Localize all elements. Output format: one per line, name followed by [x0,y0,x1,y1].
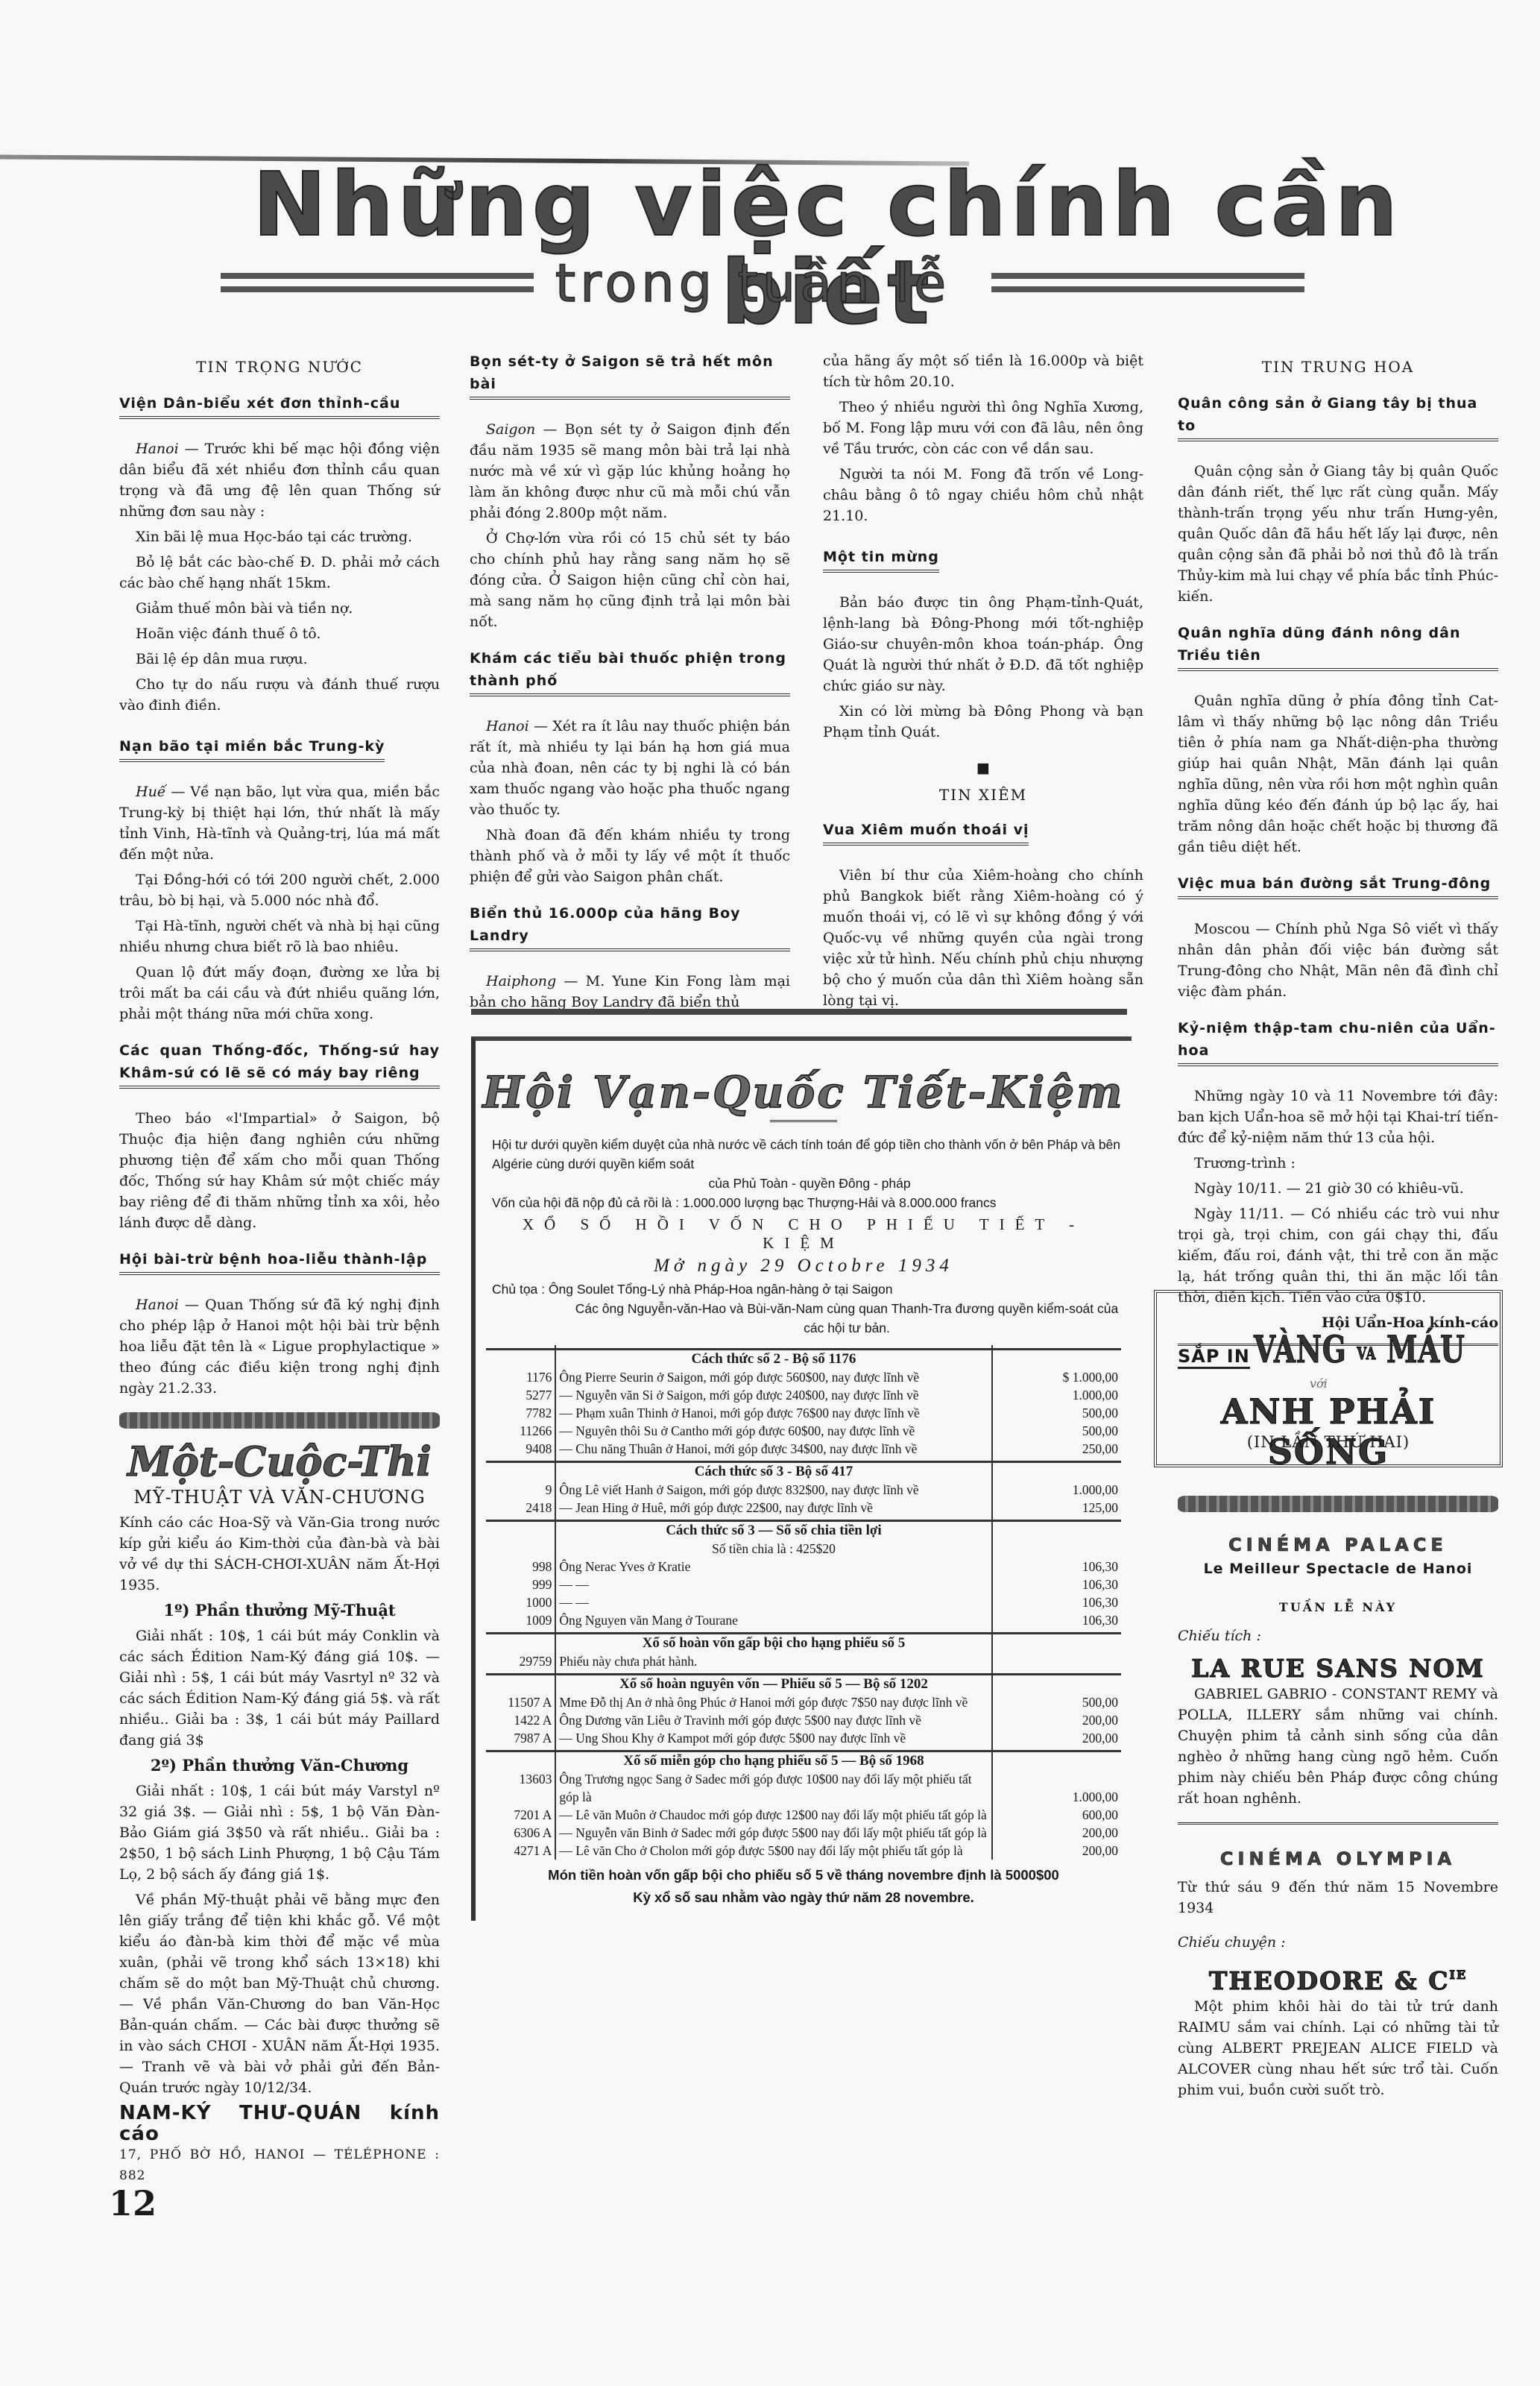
article-heading: Hội bài-trừ bệnh hoa-liễu thành-lập [119,1248,440,1275]
column-news-2: Bọn sét-ty ở Saigon sẽ trả hết môn bài S… [470,350,790,1017]
ad-footer: Món tiền hoàn vốn gấp bội cho phiếu số 5… [476,1864,1132,1909]
showing-label: Chiếu chuyện : [1178,1932,1498,1953]
article-heading: Nạn bão tại miền bắc Trung-kỳ [119,735,385,762]
table-row: 6306 A— Nguyễn văn Binh ở Sadec mới góp … [486,1824,1121,1842]
article-heading: Khám các tiểu bài thuốc phiện trong thàn… [470,647,790,696]
ad-capital: Vốn của hội đã nộp đủ cả rồi là : 1.000.… [492,1193,1127,1212]
table-row: 7201 A— Lê văn Muôn ở Chaudoc mới góp đư… [486,1806,1121,1824]
ad-intro-2: của Phủ Toàn - quyền Đông - pháp [492,1174,1127,1193]
article-paragraph: Trương-trình : [1178,1153,1498,1174]
table-row: 9408— Chu năng Thuân ở Hanoi, mới góp đư… [486,1440,1121,1458]
film-title: THEODORE & CIE [1178,1965,1498,1992]
title-rule-right [991,273,1304,292]
table-row: 11507 AMme Đỗ thị An ở nhà ông Phúc ở Ha… [486,1693,1121,1711]
article-paragraph: Bãi lệ ép dân mua rượu. [119,649,440,670]
showing-label: Chiếu tích : [1178,1625,1498,1646]
title-rule-left [221,273,534,292]
article-heading: Viện Dân-biểu xét đơn thỉnh-cầu [119,392,440,419]
article-paragraph: Xin bãi lệ mua Học-báo tại các trường. [119,526,440,547]
article-paragraph: Hanoi — Quan Thống sứ đã ký nghị định ch… [119,1294,440,1399]
section-label: TIN TRUNG HOA [1178,356,1498,377]
connector: với [1310,1376,1328,1391]
ad-top-rule [471,1009,1127,1015]
article-paragraph: của hãng ấy một số tiền là 16.000p và bi… [823,350,1143,392]
article-heading: Việc mua bán đường sắt Trung-đông [1178,872,1498,899]
divider [1178,1822,1498,1826]
article-paragraph: Saigon — Bọn sét ty ở Saigon định đến đầ… [470,419,790,523]
contest-title: Một-Cuộc-Thi [119,1439,440,1484]
prize-text: Giải nhất : 10$, 1 cái bút máy Conklin v… [119,1625,440,1751]
film-description: Một phim khôi hài do tài tử trứ danh RAI… [1178,1996,1498,2100]
book-title-2: ANH PHẢI SỐNG [1179,1391,1477,1472]
page-number: 12 [109,2183,157,2223]
article-paragraph: Tại Hà-tĩnh, người chết và nhà bị hại cũ… [119,916,440,957]
article-paragraph: Nhà đoan đã đến khám nhiều ty trong thàn… [470,825,790,887]
prize-heading: 1º) Phần thưởng Mỹ-Thuật [119,1600,440,1621]
column-domestic-news: TIN TRỌNG NƯỚC Viện Dân-biểu xét đơn thỉ… [119,350,440,2186]
article-paragraph: Giảm thuế môn bài và tiền nợ. [119,598,440,619]
article-paragraph: Hanoi — Trước khi bế mạc hội đồng viện d… [119,438,440,522]
cinema-listings: CINÉMA PALACE Le Meilleur Spectacle de H… [1178,1491,1498,2105]
ad-intro: Hội tư dưới quyền kiểm duyệt của nhà nướ… [492,1135,1127,1174]
article-heading: Bọn sét-ty ở Saigon sẽ trả hết môn bài [470,350,790,400]
publisher-name: NAM-KÝ THƯ-QUÁN kính cáo [119,2103,440,2144]
table-row: 7987 A— Ung Shou Khy ở Kampot mới góp đư… [486,1729,1121,1747]
article-paragraph: Những ngày 10 và 11 Novembre tới đây: ba… [1178,1086,1498,1148]
contest-rules: Về phần Mỹ-thuật phải vẽ bằng mực đen lê… [119,1889,440,2098]
table-row: 5277— Nguyễn văn Si ở Saigon, mới góp đư… [486,1386,1121,1404]
article-heading: Kỷ-niệm thập-tam chu-niên của Uẩn-hoa [1178,1017,1498,1066]
table-row: 999— —106,30 [486,1576,1121,1593]
book-title-1: VÀNG VA MÁU [1254,1327,1465,1371]
table-row: 1000— —106,30 [486,1593,1121,1611]
page-subtitle: trong tuần lễ [544,257,962,309]
article-heading: Biển thủ 16.000p của hãng Boy Landry [470,902,790,951]
article-paragraph: Tại Đồng-hới có tới 200 người chết, 2.00… [119,869,440,911]
edition-note: (IN LẦN THỨ HAI) [1157,1433,1500,1451]
table-row: 29759Phiếu này chưa phát hành. [486,1652,1121,1670]
square-bullet-icon: ■ [823,758,1143,778]
article-paragraph: Viên bí thư của Xiêm-hoàng cho chính phủ… [823,865,1143,1011]
table-row: 7782— Phạm xuân Thinh ở Hanoi, mới góp đ… [486,1404,1121,1422]
lottery-results-table: Cách thức số 2 - Bộ số 1176 1176Ông Pier… [486,1345,1121,1860]
article-paragraph: Theo báo «l'Impartial» ở Saigon, bộ Thuộ… [119,1108,440,1233]
table-row: 1422 AÔng Dương văn Liêu ở Travinh mới g… [486,1711,1121,1729]
cinema-name: CINÉMA OLYMPIA [1178,1848,1498,1869]
article-paragraph: Quân cộng sản ở Giang tây bị quân Quốc d… [1178,461,1498,607]
article-paragraph: Hanoi — Xét ra ít lâu nay thuốc phiện bá… [470,716,790,820]
article-heading: Một tin mừng [823,546,939,573]
article-heading: Vua Xiêm muốn thoái vị [823,819,1029,846]
article-paragraph: Ở Chợ-lớn vừa rồi có 15 chủ sét ty báo c… [470,528,790,632]
article-paragraph: Bản báo được tin ông Phạm-tỉnh-Quát, lện… [823,592,1143,696]
prize-text: Giải nhất : 10$, 1 cái bút máy Varstyl n… [119,1781,440,1885]
lottery-inspectors: Các ông Nguyễn-văn-Hao và Bùi-văn-Nam cù… [492,1299,1127,1338]
article-heading: Quân công sản ở Giang tây bị thua to [1178,392,1498,441]
table-row: 9Ông Lê viết Hanh ở Saigon, mới góp được… [486,1481,1121,1499]
lottery-title: XỔ SỐ HỒI VỐN CHO PHIẾU TIẾT - KIỆM [476,1215,1132,1253]
film-description: GABRIEL GABRIO - CONSTANT REMY và POLLA,… [1178,1684,1498,1809]
cinema-name: CINÉMA PALACE [1178,1534,1498,1555]
cinema-tagline: Le Meilleur Spectacle de Hanoi [1178,1558,1498,1579]
article-paragraph: Xin có lời mừng bà Đông Phong và bạn Phạ… [823,701,1143,743]
showing-dates: Từ thứ sáu 9 đến thứ năm 15 Novembre 193… [1178,1877,1498,1918]
article-paragraph: Quan lộ đứt mấy đoạn, đường xe lửa bị tr… [119,962,440,1024]
section-label: TIN XIÊM [823,784,1143,805]
ad-title: Hội Vạn-Quốc Tiết-Kiệm [476,1071,1132,1114]
table-row: 13603Ông Trương ngọc Sang ở Sadec mới gó… [486,1770,1121,1806]
article-paragraph: Hoãn việc đánh thuế ô tô. [119,623,440,644]
film-title: LA RUE SANS NOM [1178,1658,1498,1679]
contest-intro: Kính cáo các Hoa-Sỹ và Văn-Gia trong nướ… [119,1512,440,1596]
table-row: 11266— Nguyên thôi Su ở Cantho mới góp đ… [486,1422,1121,1440]
ornamental-divider [119,1412,440,1429]
contest-subtitle: MỸ-THUẬT VÀ VĂN-CHƯƠNG [119,1487,440,1508]
article-paragraph: Ngày 10/11. — 21 giờ 30 có khiêu-vũ. [1178,1178,1498,1199]
book-advertisement: SẮP IN VÀNG VA MÁU với ANH PHẢI SỐNG (IN… [1154,1290,1503,1467]
article-heading: Quân nghĩa dũng đánh nông dân Triều tiên [1178,622,1498,671]
article-paragraph: Bỏ lệ bắt các bào-chế Đ. D. phải mở cách… [119,552,440,594]
section-label: TIN TRỌNG NƯỚC [119,356,440,377]
column-china-news: TIN TRUNG HOA Quân công sản ở Giang tây … [1178,350,1498,1358]
column-news-3: của hãng ấy một số tiền là 16.000p và bi… [823,350,1143,1016]
article-heading: Các quan Thống-đốc, Thống-sứ hay Khâm-sứ… [119,1039,440,1089]
savings-bank-advertisement: Hội Vạn-Quốc Tiết-Kiệm Hội tư dưới quyền… [471,1036,1132,1921]
table-row: 2418— Jean Hing ở Huê, mới góp được 22$0… [486,1499,1121,1517]
ornamental-divider [1178,1496,1498,1512]
table-row: 998Ông Nerac Yves ở Kratie106,30 [486,1558,1121,1576]
week-label: TUẦN LỄ NÀY [1178,1597,1498,1618]
article-paragraph: Theo ý nhiều người thì ông Nghĩa Xương, … [823,397,1143,459]
article-paragraph: Cho tự do nấu rượu và đánh thuế rượu vào… [119,674,440,716]
table-row: 1176Ông Pierre Seurin ở Saigon, mới góp … [486,1368,1121,1386]
article-paragraph: Moscou — Chính phủ Nga Sô viết vì thấy n… [1178,919,1498,1002]
table-row: 1009Ông Nguyen văn Mang ở Tourane106,30 [486,1611,1121,1629]
article-paragraph: Người ta nói M. Fong đã trốn về Long-châ… [823,464,1143,526]
coming-soon-label: SẮP IN [1178,1346,1250,1369]
article-paragraph: Huế — Về nạn bão, lụt vừa qua, miền bắc … [119,781,440,865]
ad-title-rule [770,1120,837,1124]
article-paragraph: Haiphong — M. Yune Kin Fong làm mại bản … [470,971,790,1013]
lottery-date: Mở ngày 29 Octobre 1934 [476,1256,1132,1277]
article-paragraph: Quân nghĩa dũng ở phía đông tỉnh Cat-lâm… [1178,690,1498,857]
publisher-address: 17, PHỐ BỜ HỒ, HANOI — TÉLÉPHONE : 882 [119,2144,440,2186]
table-row: 4271 A— Lê văn Cho ở Cholon mới góp được… [486,1842,1121,1860]
lottery-chair: Chủ tọa : Ông Soulet Tổng-Lý nhà Pháp-Ho… [492,1279,1127,1299]
prize-heading: 2º) Phần thưởng Văn-Chương [119,1755,440,1776]
